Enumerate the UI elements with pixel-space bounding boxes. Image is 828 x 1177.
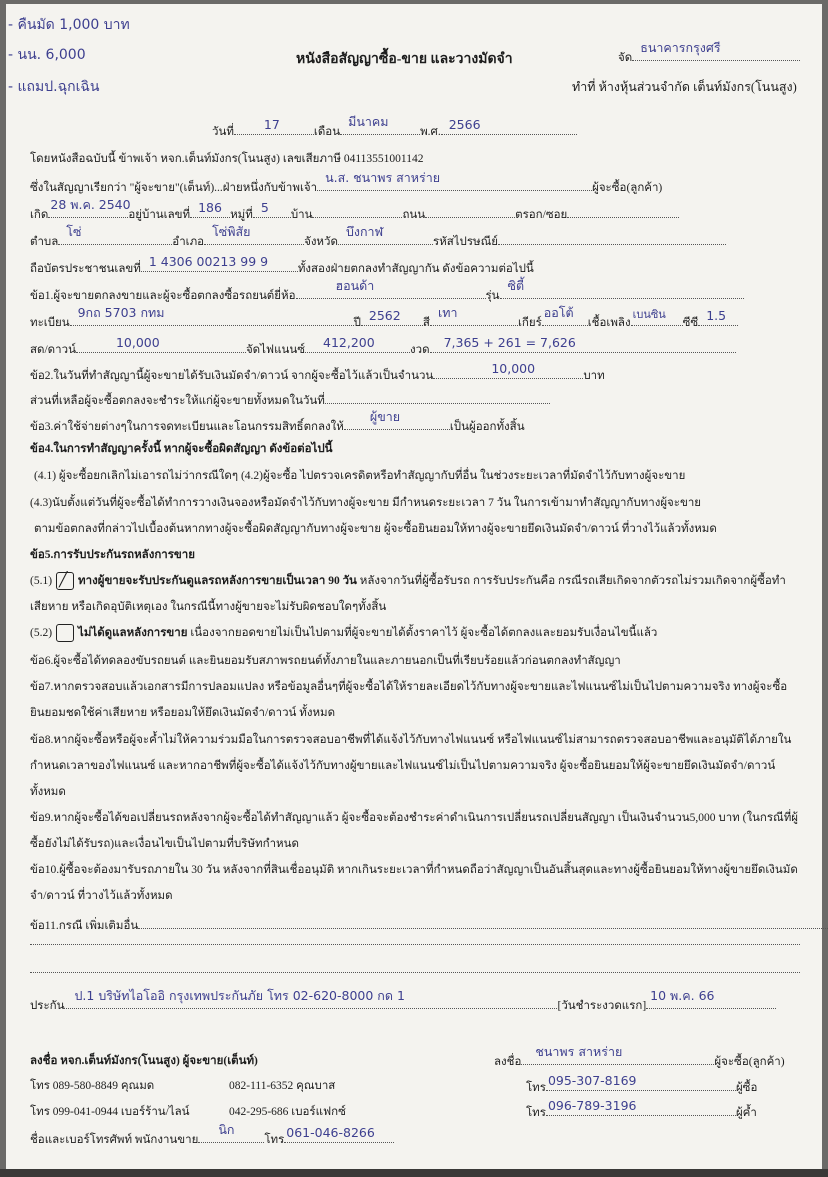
seller-label: ซึ่งในสัญญาเรียกว่า "ผู้จะขาย"(เต็นท์)..… [30,182,317,194]
handnote-3: - แถมป.ฉุกเฉิน [8,76,99,98]
finance-value[interactable]: ธนาคารกรุงศรี [640,38,720,58]
guarantor-phone-label: โทร [526,1107,546,1119]
finance-amount-label: จัดไฟแนนซ์ [246,344,305,356]
month-value[interactable]: มีนาคม [348,112,388,132]
clause-9b: ซื้อยังไม่ได้รับรถ)และเงื่อนไขเป็นไปตามท… [30,835,299,853]
clause-8b: กำหนดเวลาของไฟแนนซ์ และหากอาชีพที่ผู้จะซ… [30,757,775,775]
id-value[interactable]: 1 4306 00213 99 9 [149,254,268,269]
clause-5-1: (5.1)╱ทางผู้ขายจะรับประกันดูแลรถหลังการข… [30,572,786,590]
buyer-phone-row: โทร095-307-8169ผู้ซื้อ [526,1076,757,1097]
clause-5-1-rest: หลังจากวันที่ผู้ซื้อรับรถ การรับประกันคื… [357,575,786,587]
moo-value[interactable]: 5 [261,200,269,215]
province-label: จังหวัด [304,236,338,248]
salesperson-label: ชื่อและเบอร์โทรศัพท์ พนักงานขาย [30,1134,198,1146]
province-value[interactable]: บึงกาฬ [346,222,383,242]
postal-label: รหัสไปรษณีย์ [433,236,498,248]
plate-row: ทะเบียน9กถ 5703 กทมปี2562สีเทาเกียร์ออโต… [30,311,738,332]
clause-11: ข้อ11.กรณี เพิ่มเติมอื่น [30,914,828,935]
insurance-value[interactable]: ป.1 บริษัทไอโออิ กรุงเทพประกันภัย โทร 02… [74,986,404,1006]
clause-2: ข้อ2.ในวันที่ทำสัญญานี้ผู้จะขายได้รับเงิ… [30,364,605,385]
brand-value[interactable]: ฮอนด้า [336,276,375,296]
color-label: สี [423,317,430,329]
day-label: วันที่ [212,126,234,138]
buyer-phone[interactable]: 095-307-8169 [548,1073,637,1088]
house-label: อยู่บ้านเลขที่ [128,209,190,221]
gear-label: เกียร์ [518,317,542,329]
clause-5-2: (5.2)ไม่ได้ดูแลหลังการขาย เนื่องจากยอดขา… [30,624,657,642]
payment-label: สด/ดาวน์ [30,344,76,356]
first-payment-label: [วันชำระงวดแรก] [557,1000,646,1012]
clause-2-remain: ส่วนที่เหลือผู้จะซื้อตกลงจะชำระให้แก่ผู้… [30,389,550,410]
buyer-suffix: ผู้จะซื้อ(ลูกค้า) [592,182,662,194]
clause-5-2-rest: เนื่องจากยอดขายไม่เป็นไปตามที่ผู้จะขายได… [188,627,658,639]
district-row: ตำบลโซ่อำเภอโซ่พิสัยจังหวัดบึงกาฬรหัสไปร… [30,230,726,251]
seller-phone-2: 082-111-6352 คุณบาส [229,1077,335,1095]
blank-line-1[interactable] [30,944,800,945]
transfer-payer[interactable]: ผู้ขาย [370,407,400,427]
payment-row: สด/ดาวน์10,000จัดไฟแนนซ์412,200งวด7,365 … [30,338,736,359]
seller-phone-1: โทร 089-580-8849 คุณมด [30,1077,154,1095]
year-label: ปี [354,317,361,329]
finance-company-field: จัดธนาคารกรุงศรี [618,46,800,67]
brand-row: ข้อ1.ผู้จะขายตกลงขายและผู้จะซื้อตกลงซื้อ… [30,284,744,305]
clause-6: ข้อ6.ผู้จะซื้อได้ทดลองขับรถยนต์ และยินยอ… [30,652,621,670]
brand-label: ข้อ1.ผู้จะขายตกลงขายและผู้จะซื้อตกลงซื้อ… [30,290,296,302]
first-payment-value[interactable]: 10 พ.ค. 66 [650,986,714,1006]
fuel-value[interactable]: เบนซิน [633,305,666,323]
clause-11-label: ข้อ11.กรณี เพิ่มเติมอื่น [30,920,138,932]
clause-8a: ข้อ8.หากผู้จะซื้อหรือผู้จะค้ำไม่ให้ความร… [30,731,791,749]
no-warranty-checkbox[interactable] [56,624,74,642]
year-value[interactable]: 2566 [449,117,481,132]
clause-10a: ข้อ10.ผู้ซื้อจะต้องมารับรถภายใน 30 วัน ห… [30,861,798,879]
road-label: ถนน [402,209,425,221]
installment-label: งวด [410,344,430,356]
guarantor-phone-row: โทร096-789-3196ผู้ค้ำ [526,1101,757,1122]
clause-5-1-cont: เสียหาย หรือเกิดอุบัติเหตุเอง ในกรณีนี้ท… [30,598,386,616]
plate-label: ทะเบียน [30,317,70,329]
remain-label: ส่วนที่เหลือผู้จะซื้อตกลงจะชำระให้แก่ผู้… [30,395,325,407]
birth-value[interactable]: 28 พ.ค. 2540 [50,195,130,215]
house-value[interactable]: 186 [198,200,222,215]
date-row: วันที่17เดือนมีนาคมพ.ศ.2566 [212,120,577,141]
clause-9a: ข้อ9.หากผู้จะซื้อได้ขอเปลี่ยนรถหลังจากผู… [30,809,798,827]
buyer-phone-label: โทร [526,1082,546,1094]
blank-line-2[interactable] [30,972,800,973]
salesperson-name[interactable]: นิก [218,1120,234,1140]
clause-10b: จำ/ดาวน์ ที่วางไว้แล้วทั้งหมด [30,887,173,905]
intro-line: โดยหนังสือฉบับนี้ ข้าพเจ้า หจก.เต็นท์มัง… [30,150,424,168]
down-payment-value[interactable]: 10,000 [116,335,160,350]
buyer-name-row: ซึ่งในสัญญาเรียกว่า "ผู้จะขาย"(เต็นท์)..… [30,176,662,197]
insurance-row: ประกันป.1 บริษัทไอโออิ กรุงเทพประกันภัย … [30,994,776,1015]
buyer-signature[interactable]: ชนาพร สาหร่าย [535,1042,622,1062]
buyer-sign-label: ลงชื่อ [494,1056,521,1068]
clause-4-1: (4.1) ผู้จะซื้อยกเลิกไม่เอารถไม่ว่ากรณีใ… [34,467,685,485]
id-label: ถือบัตรประชาชนเลขที่ [30,263,141,275]
clause-5-title: ข้อ5.การรับประกันรถหลังการขาย [30,546,195,564]
model-label: รุ่น [486,290,500,302]
seller-signature: ลงชื่อ หจก.เต็นท์มังกร(โนนสูง) ผู้จะขาย(… [30,1052,258,1070]
clause-7a: ข้อ7.หากตรวจสอบแล้วเอกสารมีการปลอมแปลง ห… [30,678,787,696]
insurance-label: ประกัน [30,1000,64,1012]
cc-value[interactable]: 1.5 [706,308,726,323]
handnote-2: - นน. 6,000 [8,44,86,66]
month-label: เดือน [314,126,340,138]
amphoe-label: อำเภอ [172,236,204,248]
cc-label: ซีซี [683,317,699,329]
seller-fax: 042-295-686 เบอร์แฟกซ์ [229,1103,346,1121]
check-icon: ╱ [59,572,67,588]
clause-5-2-bold: ไม่ได้ดูแลหลังการขาย [78,627,187,639]
clause-4-3b: ตามข้อตกลงที่กล่าวไปเบื้องต้นหากทางผู้จะ… [34,520,717,538]
warranty-90-days-checkbox[interactable]: ╱ [56,572,74,590]
clause-3-suffix: เป็นผู้ออกทั้งสิ้น [450,421,525,433]
fuel-label: เชื้อเพลิง [588,317,631,329]
clause-3-text: ข้อ3.ค่าใช้จ่ายต่างๆในการจดทะเบียนและโอน… [30,421,344,433]
clause-5-2-number: (5.2) [30,627,52,639]
car-year-value[interactable]: 2562 [369,308,401,323]
buyer-sign-suffix: ผู้จะซื้อ(ลูกค้า) [714,1056,784,1068]
clause-4-title: ข้อ4.ในการทำสัญญาครั้งนี้ หากผู้จะซื้อผิ… [30,440,333,458]
gear-value[interactable]: ออโต้ [544,303,574,323]
installment-value[interactable]: 7,365 + 261 = 7,626 [444,335,576,350]
clause-2-text: ข้อ2.ในวันที่ทำสัญญานี้ผู้จะขายได้รับเงิ… [30,370,433,382]
moo-label: หมู่ที่ [230,209,253,221]
salesperson-row: ชื่อและเบอร์โทรศัพท์ พนักงานขายนิกโทร061… [30,1128,394,1149]
tambon-value[interactable]: โซ่ [66,222,81,242]
buyer-phone-suffix: ผู้ซื้อ [736,1082,757,1094]
buyer-name[interactable]: น.ส. ชนาพร สาหร่าย [325,168,440,188]
clause-5-1-number: (5.1) [30,575,52,587]
finance-amount-value[interactable]: 412,200 [323,335,375,350]
clause-3: ข้อ3.ค่าใช้จ่ายต่างๆในการจดทะเบียนและโอน… [30,415,525,436]
amphoe-value[interactable]: โซ่พิสัย [212,222,250,242]
clause-7b: ยินยอมชดใช้ค่าเสียหาย หรือยอมให้ยึดเงินม… [30,704,335,722]
page-shadow [0,1169,828,1177]
id-row: ถือบัตรประชาชนเลขที่1 4306 00213 99 9ทั้… [30,257,534,278]
tambon-label: ตำบล [30,236,58,248]
address-row: เกิด28 พ.ค. 2540อยู่บ้านเลขที่186หมู่ที่… [30,203,679,224]
soi-label: ตรอก/ซอย [515,209,567,221]
birth-label: เกิด [30,209,48,221]
document-title: หนังสือสัญญาซื้อ-ขาย และวางมัดจำ [296,48,513,70]
guarantor-phone-suffix: ผู้ค้ำ [736,1107,757,1119]
contract-page: - คืนมัด 1,000 บาท - นน. 6,000 - แถมป.ฉุ… [6,4,822,1172]
salesperson-phone-label: โทร [264,1134,284,1146]
salesperson-phone[interactable]: 061-046-8266 [286,1125,375,1140]
handnote-1: - คืนมัด 1,000 บาท [8,14,130,36]
clause-8c: ทั้งหมด [30,783,66,801]
id-suffix: ทั้งสองฝ่ายตกลงทำสัญญากัน ดังข้อความต่อไ… [298,263,534,275]
contract-location: ทำที่ ห้างหุ้นส่วนจำกัด เต็นท์มังกร(โนนส… [572,77,797,97]
village-label: บ้าน [291,209,313,221]
clause-4-3a: (4.3)นับตั้งแต่วันที่ผู้จะซื้อได้ทำการวา… [30,494,701,512]
day-value[interactable]: 17 [264,117,280,132]
clause-5-1-bold: ทางผู้ขายจะรับประกันดูแลรถหลังการขายเป็น… [78,575,357,587]
guarantor-phone[interactable]: 096-789-3196 [548,1098,637,1113]
baht-unit: บาท [583,370,604,382]
finance-label: จัด [618,52,632,64]
model-value[interactable]: ซิตี้ [508,276,525,296]
clause-11-field[interactable] [138,914,828,929]
plate-value[interactable]: 9กถ 5703 กทม [78,303,165,323]
year-label: พ.ศ. [420,126,441,138]
buyer-signature-row: ลงชื่อชนาพร สาหร่ายผู้จะซื้อ(ลูกค้า) [494,1050,785,1071]
seller-phone-3: โทร 099-041-0944 เบอร์ร้าน/ไลน์ [30,1103,190,1121]
deposit-amount[interactable]: 10,000 [491,361,535,376]
color-value[interactable]: เทา [438,303,458,323]
